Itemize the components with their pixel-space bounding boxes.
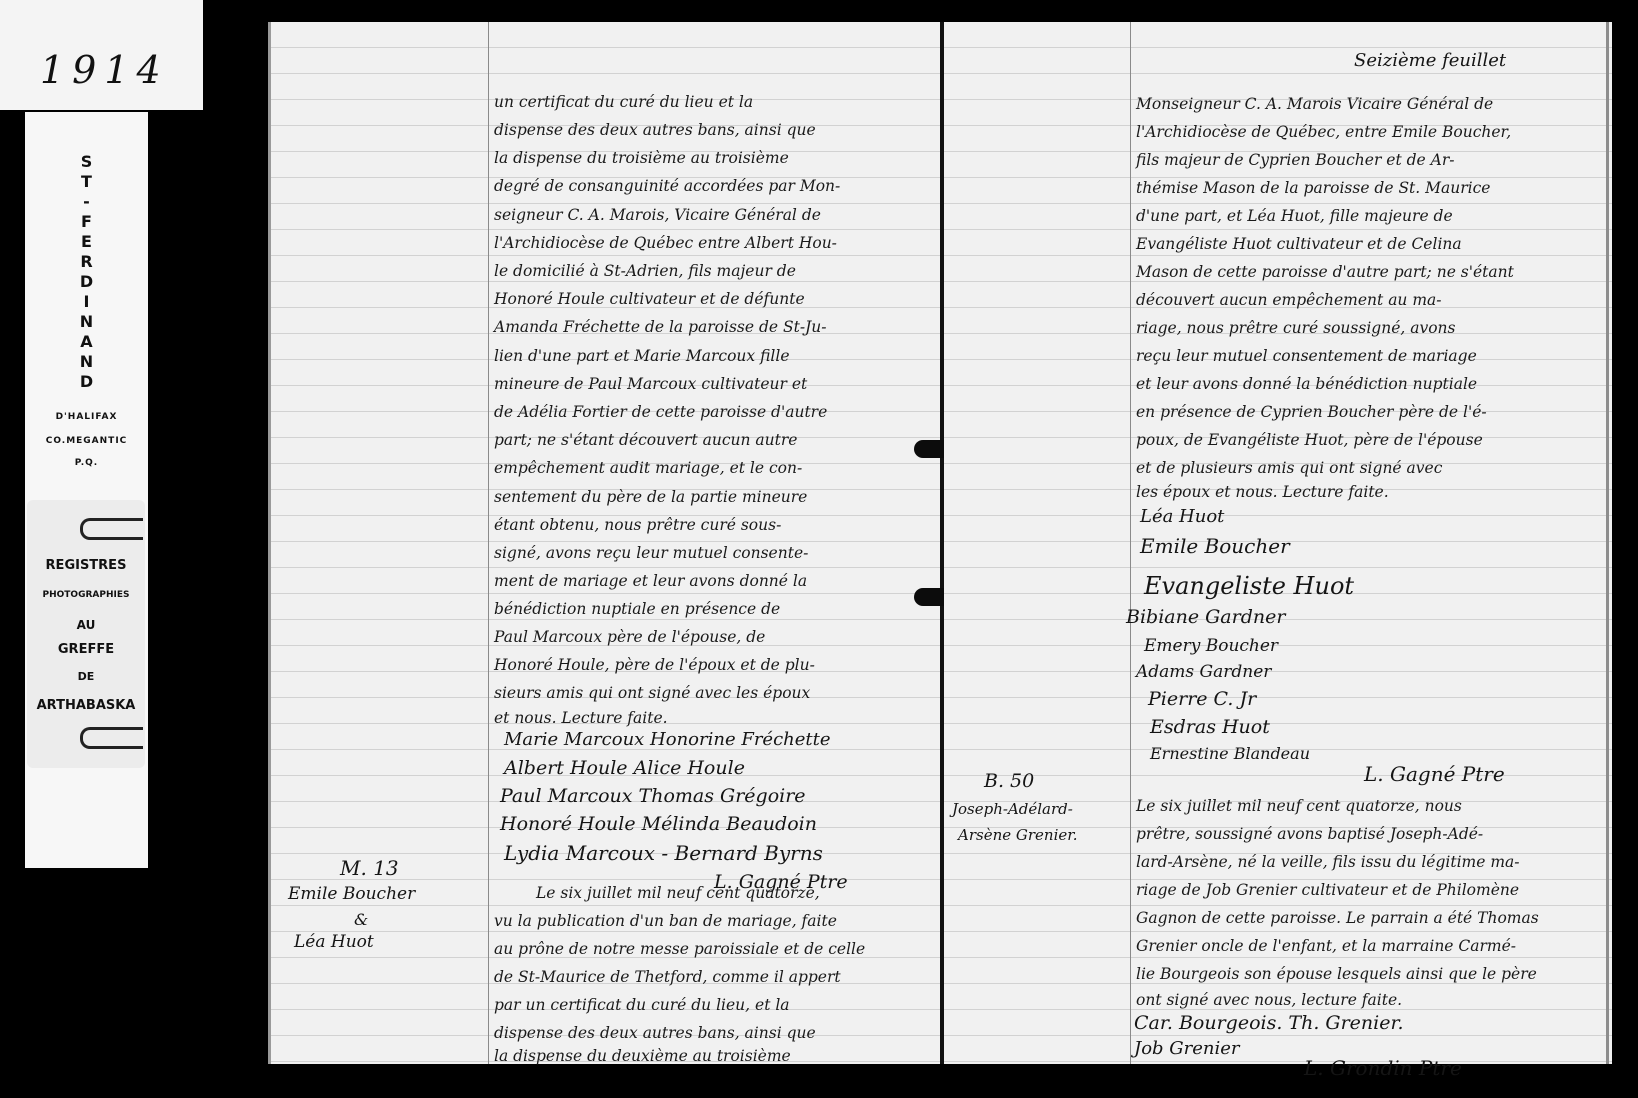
stamp-line: GREFFE	[27, 642, 145, 657]
parish-letter: A	[25, 332, 148, 352]
text-line: Honoré Houle, père de l'époux et de plu-	[494, 651, 815, 680]
text-line: lard-Arsène, né la veille, fils issu du …	[1136, 848, 1520, 877]
left-page: un certificat du curé du lieu et la disp…	[268, 22, 944, 1064]
parish-letter: N	[25, 312, 148, 332]
text-line: la dispense du deuxième au troisième	[494, 1042, 791, 1071]
text-line: le domicilié à St-Adrien, fils majeur de	[494, 257, 796, 286]
stamp-line: REGISTRES	[27, 558, 145, 573]
priest-signature: L. Grondin Ptre	[1304, 1056, 1462, 1080]
text-line: Grenier oncle de l'enfant, et la marrain…	[1136, 932, 1516, 961]
text-line: seigneur C. A. Marois, Vicaire Général d…	[494, 201, 821, 230]
text-line: Evangéliste Huot cultivateur et de Celin…	[1136, 230, 1462, 259]
text-line: Paul Marcoux père de l'épouse, de	[494, 623, 765, 652]
conjunction: &	[354, 910, 368, 929]
text-line: dispense des deux autres bans, ainsi que	[494, 116, 816, 145]
year-tag: 1914	[0, 0, 203, 110]
margin-line	[488, 22, 489, 1064]
priest-signature: L. Gagné Ptre	[1364, 762, 1505, 786]
signature: Pierre C. Jr	[1148, 688, 1256, 710]
text-line: ment de mariage et leur avons donné la	[494, 567, 807, 596]
parish-letter: E	[25, 232, 148, 252]
stamp-line: PHOTOGRAPHIES	[27, 590, 145, 600]
text-line: les époux et nous. Lecture faite.	[1136, 478, 1389, 507]
folio-header: Seizième feuillet	[1354, 50, 1506, 71]
signature: Emery Boucher	[1144, 636, 1278, 656]
text-line: au prône de notre messe paroissiale et d…	[494, 935, 865, 964]
child-name: Joseph-Adélard-	[952, 800, 1073, 818]
text-line: de St-Maurice de Thetford, comme il appe…	[494, 963, 841, 992]
parish-letter: D	[25, 372, 148, 392]
stamp-line: DE	[27, 670, 145, 683]
parish-letter: D	[25, 272, 148, 292]
margin-line	[1130, 22, 1131, 1064]
text-line: degré de consanguinité accordées par Mon…	[494, 172, 840, 201]
text-line: par un certificat du curé du lieu, et la	[494, 991, 790, 1020]
text-line: riage de Job Grenier cultivateur et de P…	[1136, 876, 1519, 905]
page-edge	[1606, 22, 1609, 1064]
text-line: lien d'une part et Marie Marcoux fille	[494, 342, 790, 371]
signature: Albert Houle Alice Houle	[504, 757, 745, 779]
text-line: lie Bourgeois son épouse lesquels ainsi …	[1136, 960, 1537, 989]
signature: Adams Gardner	[1136, 662, 1271, 682]
stamp-line: AU	[27, 618, 145, 632]
text-line: l'Archidiocèse de Québec, entre Emile Bo…	[1136, 118, 1511, 147]
text-line: un certificat du curé du lieu et la	[494, 88, 753, 117]
right-page: Seizième feuillet Monseigneur C. A. Maro…	[944, 22, 1612, 1064]
text-line: Monseigneur C. A. Marois Vicaire Général…	[1136, 90, 1493, 119]
signature: Lydia Marcoux - Bernard Byrns	[504, 841, 823, 865]
signature: Paul Marcoux Thomas Grégoire	[500, 785, 806, 807]
text-line: Le six juillet mil neuf cent quatorze, n…	[1136, 792, 1462, 821]
text-line: thémise Mason de la paroisse de St. Maur…	[1136, 174, 1490, 203]
text-line: la dispense du troisième au troisième	[494, 144, 789, 173]
text-line: fils majeur de Cyprien Boucher et de Ar-	[1136, 146, 1455, 175]
text-line: signé, avons reçu leur mutuel consente-	[494, 539, 808, 568]
text-line: en présence de Cyprien Boucher père de l…	[1136, 398, 1487, 427]
text-line: ont signé avec nous, lecture faite.	[1136, 986, 1402, 1015]
text-line: mineure de Paul Marcoux cultivateur et	[494, 370, 807, 399]
parish-letter: -	[25, 192, 148, 212]
signature: Léa Huot	[1140, 506, 1224, 527]
signature: Car. Bourgeois. Th. Grenier.	[1134, 1012, 1404, 1034]
text-line: empêchement audit mariage, et le con-	[494, 454, 802, 483]
parish-letter: F	[25, 212, 148, 232]
parish-letter: S	[25, 152, 148, 172]
text-line: bénédiction nuptiale en présence de	[494, 595, 780, 624]
signature: Emile Boucher	[1140, 534, 1290, 558]
text-line: Gagnon de cette paroisse. Le parrain a é…	[1136, 904, 1539, 933]
signature: Esdras Huot	[1150, 716, 1270, 738]
parish-letter: I	[25, 292, 148, 312]
text-line: l'Archidiocèse de Québec entre Albert Ho…	[494, 229, 837, 258]
text-line: Mason de cette paroisse d'autre part; ne…	[1136, 258, 1514, 287]
text-line: reçu leur mutuel consentement de mariage	[1136, 342, 1477, 371]
text-line: découvert aucun empêchement au ma-	[1136, 286, 1442, 315]
county-label: CO.MEGANTIC	[25, 436, 148, 446]
parish-letter: R	[25, 252, 148, 272]
text-line: sentement du père de la partie mineure	[494, 483, 807, 512]
signature: Evangeliste Huot	[1144, 572, 1354, 600]
signature: Ernestine Blandeau	[1150, 744, 1310, 763]
text-line: et leur avons donné la bénédiction nupti…	[1136, 370, 1477, 399]
signature: Job Grenier	[1134, 1038, 1240, 1059]
text-line: de Adélia Fortier de cette paroisse d'au…	[494, 398, 827, 427]
text-line: d'une part, et Léa Huot, fille majeure d…	[1136, 202, 1453, 231]
entry-number: M. 13	[340, 856, 399, 880]
text-line: Honoré Houle cultivateur et de défunte	[494, 285, 805, 314]
paper-clip-icon	[80, 518, 143, 540]
township-label: D'HALIFAX	[25, 412, 148, 422]
groom-name: Emile Boucher	[288, 884, 415, 904]
province-label: P.Q.	[25, 458, 148, 468]
parish-letter: T	[25, 172, 148, 192]
page-edge	[268, 22, 271, 1064]
text-line: prêtre, soussigné avons baptisé Joseph-A…	[1136, 820, 1483, 849]
parish-letter: N	[25, 352, 148, 372]
child-name: Arsène Grenier.	[958, 826, 1078, 844]
text-line: poux, de Evangéliste Huot, père de l'épo…	[1136, 426, 1483, 455]
text-line: vu la publication d'un ban de mariage, f…	[494, 907, 837, 936]
year-text: 1914	[40, 48, 169, 92]
text-line: étant obtenu, nous prêtre curé sous-	[494, 511, 781, 540]
bride-name: Léa Huot	[294, 932, 374, 952]
entry-number: B. 50	[984, 770, 1034, 792]
text-line: part; ne s'étant découvert aucun autre	[494, 426, 797, 455]
stamp-line: ARTHABASKA	[27, 698, 145, 713]
text-line: Amanda Fréchette de la paroisse de St-Ju…	[494, 313, 827, 342]
signature: Bibiane Gardner	[1126, 606, 1285, 628]
text-line: riage, nous prêtre curé soussigné, avons	[1136, 314, 1455, 343]
signature: Marie Marcoux Honorine Fréchette	[504, 729, 831, 750]
text-line: Le six juillet mil neuf cent quatorze,	[536, 879, 820, 908]
parish-name-vertical: S T - F E R D I N A N D	[25, 152, 148, 392]
paper-clip-icon	[80, 727, 143, 749]
signature: Honoré Houle Mélinda Beaudoin	[500, 813, 817, 835]
